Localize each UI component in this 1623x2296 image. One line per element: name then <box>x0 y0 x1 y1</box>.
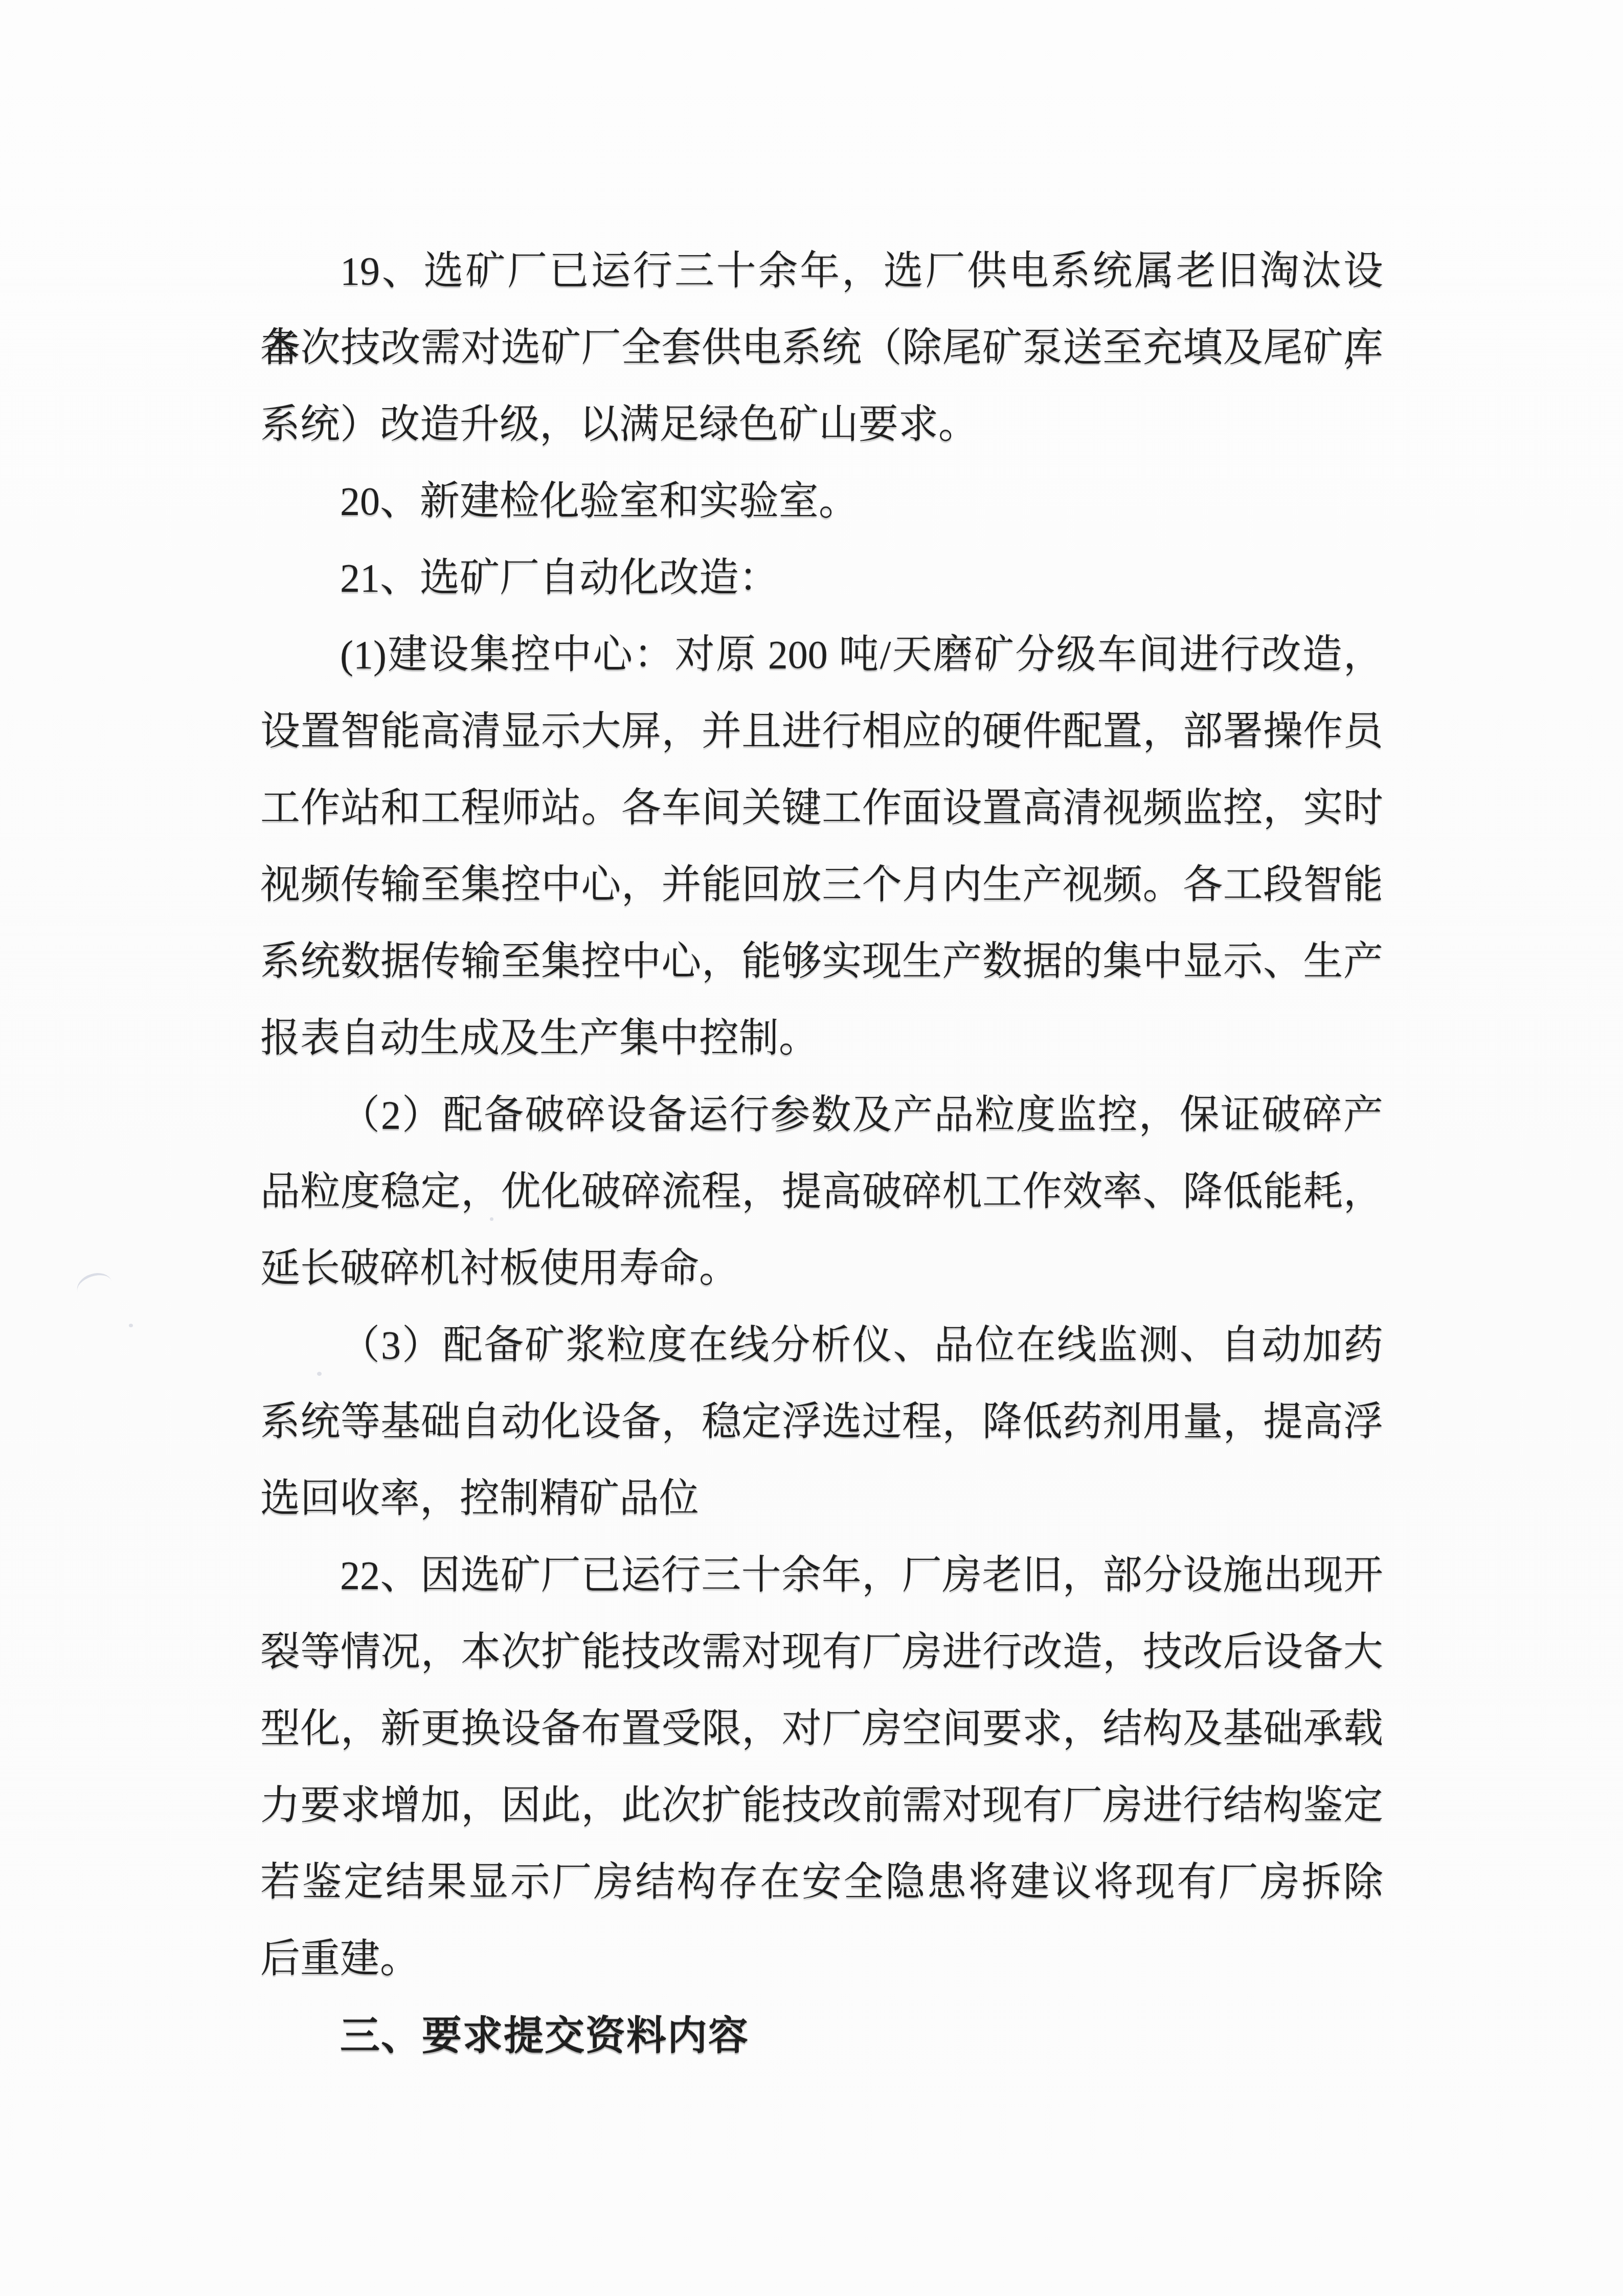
scan-artifact-squiggle <box>74 1268 116 1304</box>
text-line: 19、选矿厂已运行三十余年，选厂供电系统属老旧淘汰设备， <box>260 233 1383 309</box>
text-line: 系统等基础自动化设备，稳定浮选过程，降低药剂用量，提高浮 <box>260 1384 1383 1460</box>
text-line: 视频传输至集控中心，并能回放三个月内生产视频。各工段智能 <box>260 846 1383 923</box>
text-line: 22、因选矿厂已运行三十余年，厂房老旧，部分设施出现开 <box>260 1537 1383 1614</box>
text-line: 力要求增加，因此，此次扩能技改前需对现有厂房进行结构鉴定 <box>260 1767 1383 1844</box>
text-line: （3）配备矿浆粒度在线分析仪、品位在线监测、自动加药 <box>260 1307 1383 1384</box>
scan-artifact-dot <box>129 1324 133 1327</box>
scan-artifact-dot <box>317 1372 322 1376</box>
text-line: 系统数据传输至集控中心，能够实现生产数据的集中显示、生产 <box>260 923 1383 1000</box>
text-line: 20、新建检化验室和实验室。 <box>260 463 1383 540</box>
text-line: 设置智能高清显示大屏，并且进行相应的硬件配置，部署操作员 <box>260 693 1383 770</box>
text-line: 延长破碎机衬板使用寿命。 <box>260 1230 1383 1307</box>
text-line: 选回收率，控制精矿品位 <box>260 1460 1383 1537</box>
text-line: 报表自动生成及生产集中控制。 <box>260 1000 1383 1077</box>
text-line: 后重建。 <box>260 1921 1383 1997</box>
document-page: { "colors": { "paper": "#fcfcfc", "ink":… <box>0 0 1623 2296</box>
text-line: 系统）改造升级，以满足绿色矿山要求。 <box>260 386 1383 463</box>
text-line: 型化，新更换设备布置受限，对厂房空间要求，结构及基础承载 <box>260 1690 1383 1767</box>
text-line: 21、选矿厂自动化改造： <box>260 540 1383 616</box>
scan-artifact-dot <box>886 865 890 870</box>
text-line: 若鉴定结果显示厂房结构存在安全隐患将建议将现有厂房拆除 <box>260 1844 1383 1921</box>
scanned-page-background: 19、选矿厂已运行三十余年，选厂供电系统属老旧淘汰设备， 本次技改需对选矿厂全套… <box>0 0 1623 2296</box>
text-line: 品粒度稳定，优化破碎流程，提高破碎机工作效率、降低能耗， <box>260 1153 1383 1230</box>
scan-artifact-dot <box>490 1217 493 1221</box>
text-line: 裂等情况，本次扩能技改需对现有厂房进行改造，技改后设备大 <box>260 1614 1383 1690</box>
text-line: 本次技改需对选矿厂全套供电系统（除尾矿泵送至充填及尾矿库 <box>260 309 1383 386</box>
section-heading: 三、要求提交资料内容 <box>260 1997 1383 2074</box>
text-line: （2）配备破碎设备运行参数及产品粒度监控，保证破碎产 <box>260 1077 1383 1153</box>
text-line: (1)建设集控中心：对原 200 吨/天磨矿分级车间进行改造， <box>260 616 1383 693</box>
text-line: 工作站和工程师站。各车间关键工作面设置高清视频监控，实时 <box>260 770 1383 846</box>
document-body: 19、选矿厂已运行三十余年，选厂供电系统属老旧淘汰设备， 本次技改需对选矿厂全套… <box>260 233 1383 2074</box>
